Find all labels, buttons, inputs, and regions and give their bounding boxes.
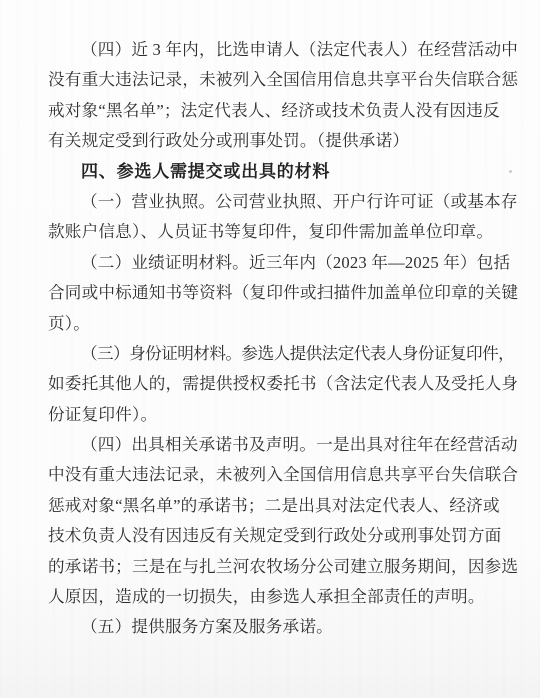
paragraph-line: 的承诺书；三是在与扎兰河农牧场分公司建立服务期间，因参选 [48, 552, 518, 582]
paragraph-line: （一）营业执照。公司营业执照、开户行许可证（或基本存 [48, 187, 518, 217]
paragraph-line: 份证复印件）。 [48, 400, 518, 430]
scan-speck [251, 526, 254, 529]
paragraph-line: 技术负责人没有因违反有关规定受到行政处分或刑事处罚方面 [48, 521, 518, 551]
paragraph-line: （四）近 3 年内，比选申请人（法定代表人）在经营活动中 [48, 35, 518, 65]
paragraph-line: （四）出具相关承诺书及声明。一是出具对往年在经营活动 [48, 430, 518, 460]
scanned-document-page: （四）近 3 年内，比选申请人（法定代表人）在经营活动中 没有重大违法记录，未被… [0, 0, 540, 698]
section-4-heading: 四、参选人需提交或出具的材料 [48, 157, 518, 187]
paragraph-line: （二）业绩证明材料。近三年内（2023 年—2025 年）包括 [48, 248, 518, 278]
paragraph-line: （五）提供服务方案及服务承诺。 [48, 612, 518, 642]
paragraph-line: 如委托其他人的，需提供授权委托书（含法定代表人及受托人身 [48, 369, 518, 399]
paragraph-line: （三）身份证明材料。参选人提供法定代表人身份证复印件， [48, 339, 518, 369]
paragraph-line: 惩戒对象“黑名单”的承诺书；二是出具对法定代表人、经济或 [48, 491, 518, 521]
paragraph-line: 款账户信息）、人员证书等复印件，复印件需加盖单位印章。 [48, 217, 518, 247]
scan-speck [509, 170, 512, 173]
paragraph-line: 戒对象“黑名单”；法定代表人、经济或技术负责人没有因违反 [48, 96, 518, 126]
paragraph-line: 有关规定受到行政处分或刑事处罚。（提供承诺） [48, 126, 518, 156]
document-text-block: （四）近 3 年内，比选申请人（法定代表人）在经营活动中 没有重大违法记录，未被… [48, 35, 518, 643]
paragraph-line: 中没有重大违法记录，未被列入全国信用信息共享平台失信联合 [48, 460, 518, 490]
paragraph-line: 合同或中标通知书等资料（复印件或扫描件加盖单位印章的关键 [48, 278, 518, 308]
paragraph-line: 人原因，造成的一切损失，由参选人承担全部责任的声明。 [48, 582, 518, 612]
paragraph-line: 页）。 [48, 309, 518, 339]
paragraph-line: 没有重大违法记录，未被列入全国信用信息共享平台失信联合惩 [48, 65, 518, 95]
